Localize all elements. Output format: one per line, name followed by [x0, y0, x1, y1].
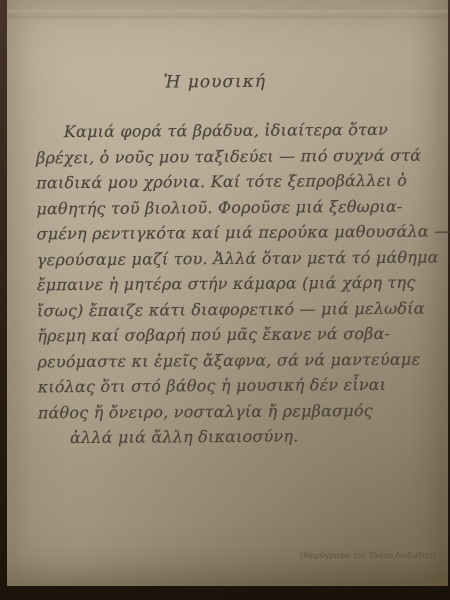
manuscript-line: ρευόμαστε κι ἐμεῖς ἄξαφνα, σά νά μαντεύα… — [37, 346, 437, 374]
manuscript-line: γερούσαμε μαζί του. Ἀλλά ὅταν μετά τό μά… — [37, 244, 437, 272]
manuscript-title: Ἡ μουσική — [163, 72, 266, 93]
manuscript-text-block: Καμιά φορά τά βράδυα, ἰδιαίτερα ὅταν βρέ… — [36, 117, 438, 451]
manuscript-line: σμένη ρεντιγκότα καί μιά περούκα μαθουσά… — [36, 219, 436, 247]
manuscript-line: ἤρεμη καί σοβαρή πού μᾶς ἔκανε νά σοβα- — [37, 321, 437, 349]
manuscript-line: ἀλλά μιά ἄλλη δικαιοσύνη. — [38, 423, 438, 451]
photo-caption: (Χειρόγραφο του Τάσου Λειβαδίτη) — [300, 550, 436, 560]
manuscript-page: Ἡ μουσική Καμιά φορά τά βράδυα, ἰδιαίτερ… — [7, 0, 448, 586]
manuscript-line: παιδικά μου χρόνια. Καί τότε ξεπροβάλλει… — [36, 168, 436, 196]
manuscript-line: μαθητής τοῦ βιολιοῦ. Φοροῦσε μιά ξεθωρια… — [36, 193, 436, 221]
manuscript-line: βρέχει, ὁ νοῦς μου ταξιδεύει — πιό συχνά… — [36, 142, 436, 170]
manuscript-line: ἴσως) ἔπαιζε κάτι διαφορετικό — μιά μελω… — [37, 295, 437, 323]
manuscript-line: Καμιά φορά τά βράδυα, ἰδιαίτερα ὅταν — [36, 117, 436, 145]
photo-background: Ἡ μουσική Καμιά φορά τά βράδυα, ἰδιαίτερ… — [0, 0, 450, 600]
manuscript-line: πάθος ἤ ὄνειρο, νοσταλγία ἤ ρεμβασμός — [38, 397, 438, 425]
handwriting-layer: Ἡ μουσική Καμιά φορά τά βράδυα, ἰδιαίτερ… — [5, 0, 450, 588]
manuscript-line: κιόλας ὅτι στό βάθος ἡ μουσική δέν εἶναι — [38, 372, 438, 400]
manuscript-line: ἔμπαινε ἡ μητέρα στήν κάμαρα (μιά χάρη τ… — [37, 270, 437, 298]
